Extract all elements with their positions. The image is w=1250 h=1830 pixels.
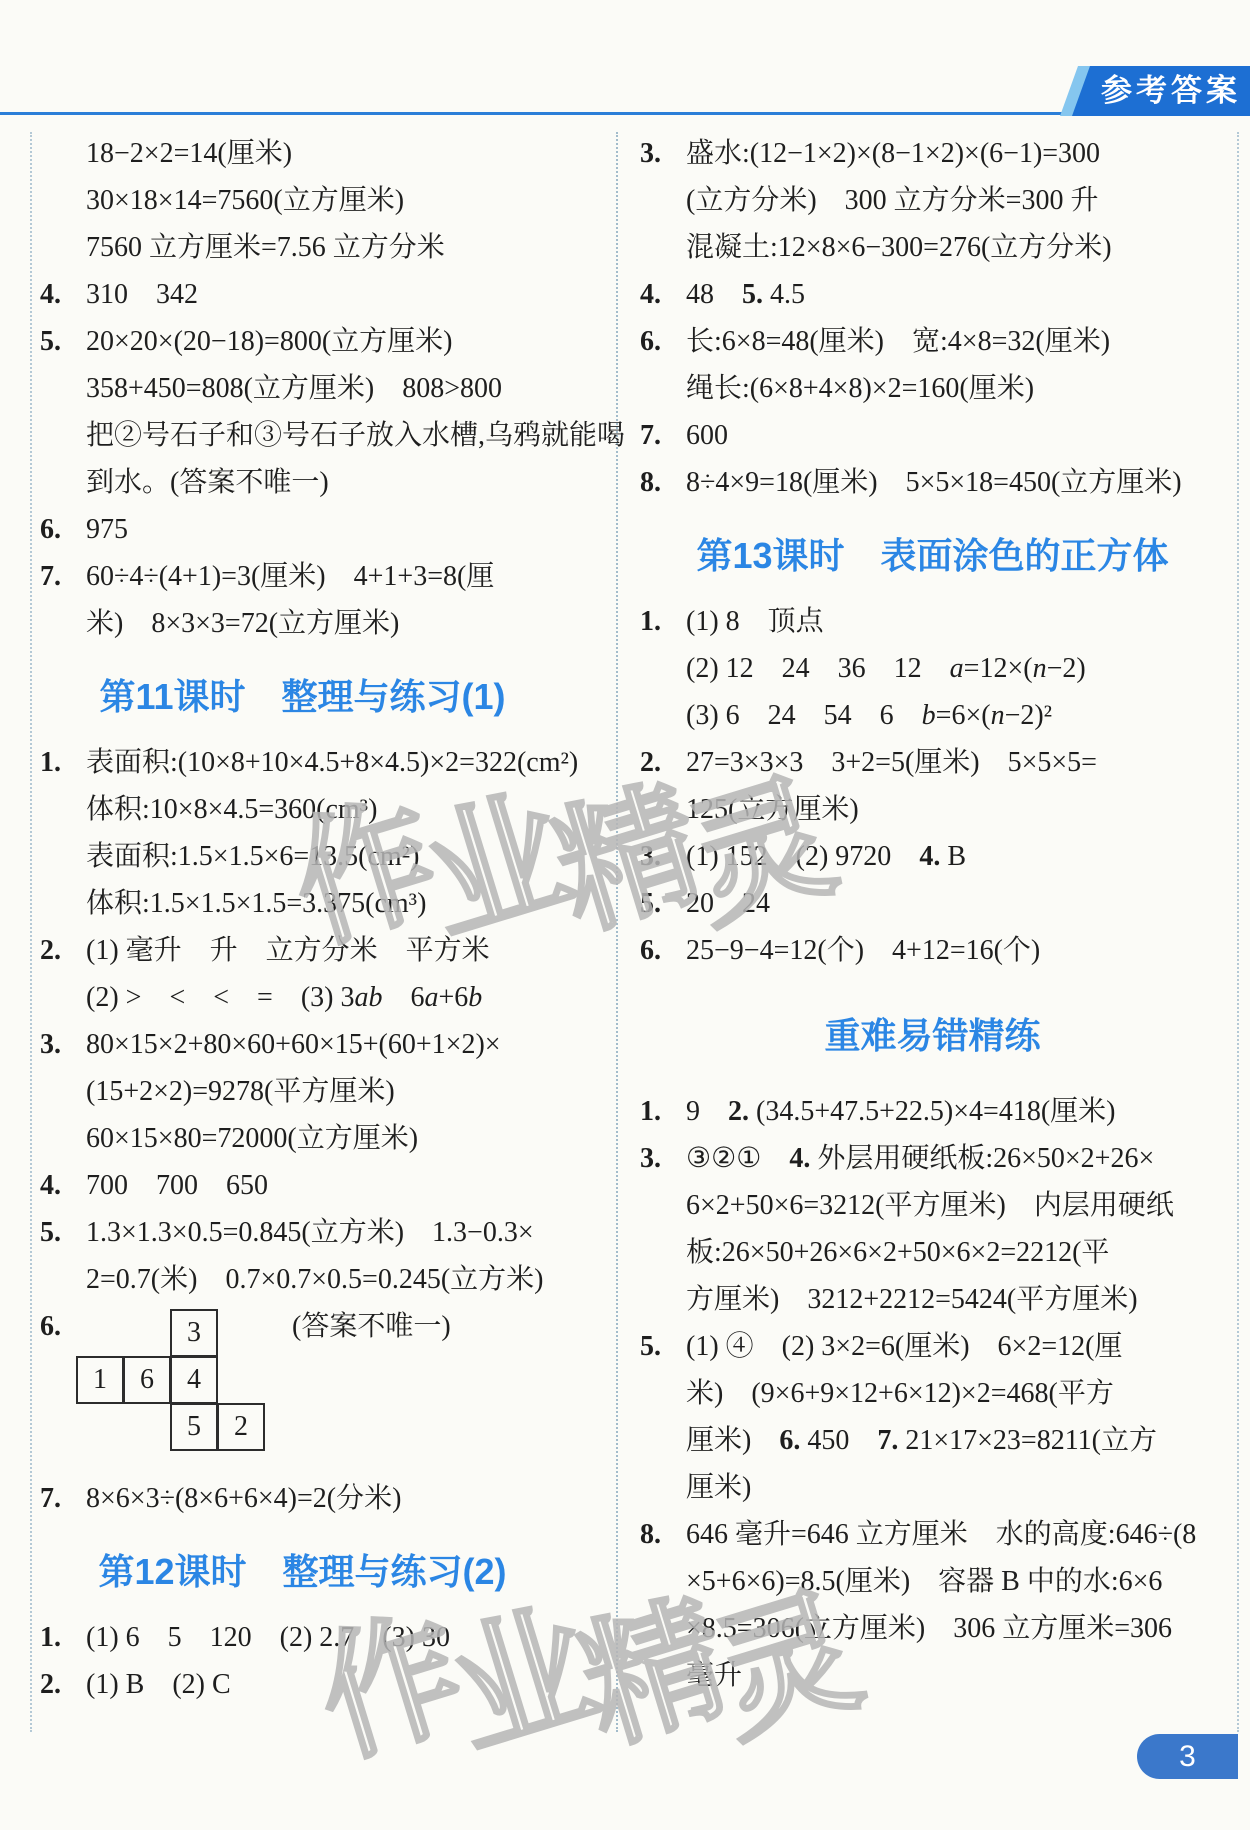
net-cell: 3 (170, 1309, 218, 1357)
answer-key-page: 参考答案 18−2×2=14(厘米)30×18×14=7560(立方厘米)756… (0, 0, 1250, 1830)
answer-line: 3.80×15×2+80×60+60×15+(60+1×2)× (40, 1021, 565, 1068)
section-heading: 第12课时 整理与练习(2) (40, 1550, 565, 1594)
answer-line: 1.(1) 6 5 120 (2) 2.7 (3) 30 (40, 1614, 565, 1661)
answer-line: (2) > < < = (3) 3ab 6a+6b (40, 974, 565, 1021)
right-margin-dotted-line (1237, 132, 1239, 1732)
section-heading: 第13课时 表面涂色的正方体 (640, 534, 1225, 578)
answer-line: 5.(1) ④ (2) 3×2=6(厘米) 6×2=12(厘 (640, 1323, 1225, 1370)
answer-line: 米) 8×3×3=72(立方厘米) (40, 600, 565, 647)
answer-line: 7.600 (640, 412, 1225, 459)
answer-line: 绳长:(6×8+4×8)×2=160(厘米) (640, 365, 1225, 412)
answer-line: 到水。(答案不唯一) (40, 459, 565, 506)
answer-line: 体积:1.5×1.5×1.5=3.375(cm³) (40, 880, 565, 927)
answer-line: (立方分米) 300 立方分米=300 升 (640, 177, 1225, 224)
left-margin-dotted-line (30, 132, 32, 1732)
section-heading: 重难易错精练 (640, 1014, 1225, 1058)
answer-line: 4.700 700 650 (40, 1162, 565, 1209)
section-heading: 第11课时 整理与练习(1) (40, 675, 565, 719)
diagram-note: (答案不唯一) (292, 1303, 451, 1350)
cube-net-diagram: 6.316452(答案不唯一) (40, 1303, 565, 1475)
answer-line: 把②号石子和③号石子放入水槽,乌鸦就能喝 (40, 412, 565, 459)
net-cell: 2 (217, 1403, 265, 1451)
answer-line: 1.表面积:(10×8+10×4.5+8×4.5)×2=322(cm²) (40, 739, 565, 786)
net-cell: 6 (123, 1356, 171, 1404)
answer-line: 3.③②① 4. 外层用硬纸板:26×50×2+26× (640, 1135, 1225, 1182)
answer-line: 2.(1) B (2) C (40, 1661, 565, 1708)
answer-line: 7560 立方厘米=7.56 立方分米 (40, 224, 565, 271)
answer-line: 6.长:6×8=48(厘米) 宽:4×8=32(厘米) (640, 318, 1225, 365)
answer-line: 2.27=3×3×3 3+2=5(厘米) 5×5×5= (640, 739, 1225, 786)
header-banner: 参考答案 (1054, 66, 1250, 116)
answer-line: 1.9 2. (34.5+47.5+22.5)×4=418(厘米) (640, 1088, 1225, 1135)
answer-line: 3.(1) 152 (2) 9720 4. B (640, 833, 1225, 880)
answer-line: 4.310 342 (40, 271, 565, 318)
answer-line: ×8.5=306(立方厘米) 306 立方厘米=306 (640, 1605, 1225, 1652)
answer-line: 厘米) (640, 1464, 1225, 1511)
page-number-badge: 3 (1137, 1734, 1238, 1779)
answer-line: 8.8÷4×9=18(厘米) 5×5×18=450(立方厘米) (640, 459, 1225, 506)
answer-line: 厘米) 6. 450 7. 21×17×23=8211(立方 (640, 1417, 1225, 1464)
answer-line: 30×18×14=7560(立方厘米) (40, 177, 565, 224)
answer-line: 5.1.3×1.3×0.5=0.845(立方米) 1.3−0.3× (40, 1209, 565, 1256)
answer-line: 6.975 (40, 506, 565, 553)
answer-line: (3) 6 24 54 6 b=6×(n−2)² (640, 692, 1225, 739)
answer-line: 2.(1) 毫升 升 立方分米 平方米 (40, 927, 565, 974)
header-banner-label: 参考答案 (1100, 66, 1242, 116)
answer-line: 4.48 5. 4.5 (640, 271, 1225, 318)
answer-line: 体积:10×8×4.5=360(cm³) (40, 786, 565, 833)
answer-line: ×5+6×6)=8.5(厘米) 容器 B 中的水:6×6 (640, 1558, 1225, 1605)
right-column: 3.盛水:(12−1×2)×(8−1×2)×(6−1)=300(立方分米) 30… (640, 130, 1225, 1699)
answer-line: 7.60÷4÷(4+1)=3(厘米) 4+1+3=8(厘 (40, 553, 565, 600)
answer-line: 表面积:1.5×1.5×6=13.5(cm²) (40, 833, 565, 880)
answer-line: 7.8×6×3÷(8×6+6×4)=2(分米) (40, 1475, 565, 1522)
answer-line: (15+2×2)=9278(平方厘米) (40, 1068, 565, 1115)
answer-line: 125(立方厘米) (640, 786, 1225, 833)
answer-line: 混凝土:12×8×6−300=276(立方分米) (640, 224, 1225, 271)
answer-line: 1.(1) 8 顶点 (640, 598, 1225, 645)
answer-line: 6×2+50×6=3212(平方厘米) 内层用硬纸 (640, 1182, 1225, 1229)
answer-line: 2=0.7(米) 0.7×0.7×0.5=0.245(立方米) (40, 1256, 565, 1303)
answer-line: 6.25−9−4=12(个) 4+12=16(个) (640, 927, 1225, 974)
left-column: 18−2×2=14(厘米)30×18×14=7560(立方厘米)7560 立方厘… (40, 130, 565, 1708)
answer-line: 米) (9×6+9×12+6×12)×2=468(平方 (640, 1370, 1225, 1417)
net-cell: 5 (170, 1403, 218, 1451)
answer-line: 毫升 (640, 1652, 1225, 1699)
answer-line: 方厘米) 3212+2212=5424(平方厘米) (640, 1276, 1225, 1323)
answer-line: (2) 12 24 36 12 a=12×(n−2) (640, 645, 1225, 692)
column-divider-dotted-line (616, 132, 618, 1732)
answer-line: 5.20 24 (640, 880, 1225, 927)
net-cell: 4 (170, 1356, 218, 1404)
answer-line: 板:26×50+26×6×2+50×6×2=2212(平 (640, 1229, 1225, 1276)
answer-line: 358+450=808(立方厘米) 808>800 (40, 365, 565, 412)
answer-line: 8.646 毫升=646 立方厘米 水的高度:646÷(8 (640, 1511, 1225, 1558)
answer-line: 3.盛水:(12−1×2)×(8−1×2)×(6−1)=300 (640, 130, 1225, 177)
answer-line: 18−2×2=14(厘米) (40, 130, 565, 177)
answer-line: 60×15×80=72000(立方厘米) (40, 1115, 565, 1162)
net-cell: 1 (76, 1356, 124, 1404)
answer-line: 5.20×20×(20−18)=800(立方厘米) (40, 318, 565, 365)
